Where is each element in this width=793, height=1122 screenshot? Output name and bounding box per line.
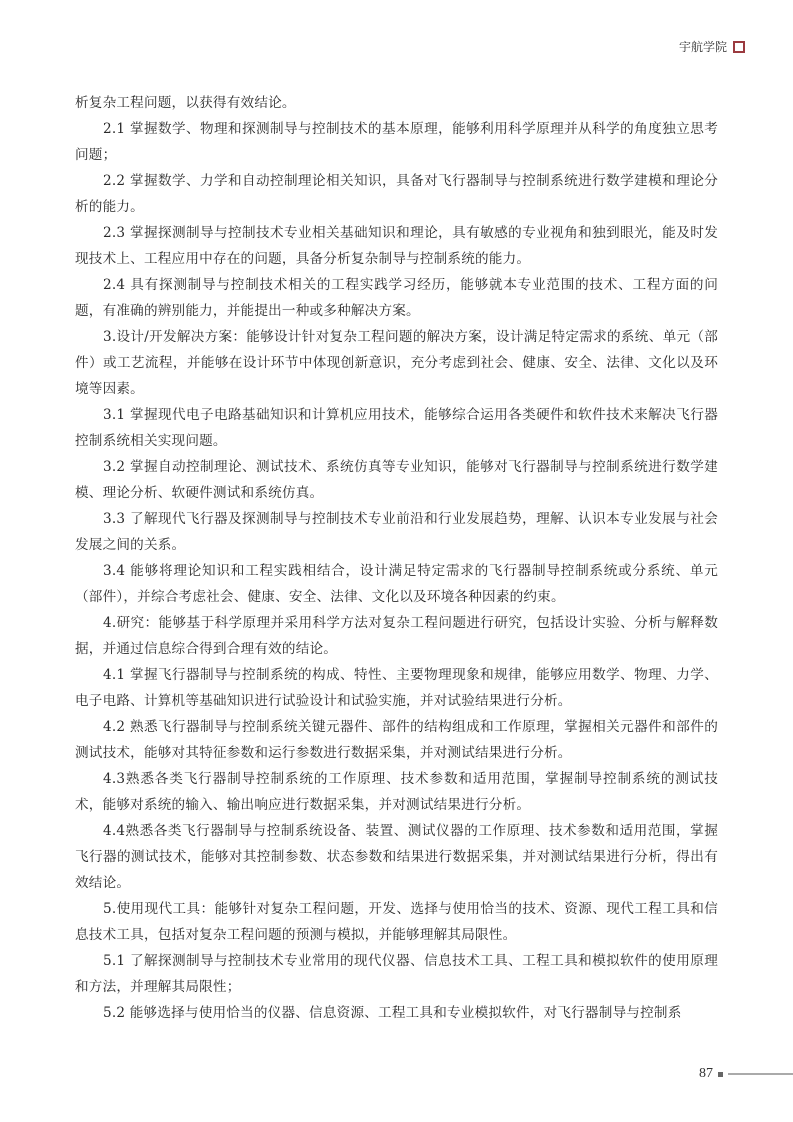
paragraph: 2.3 掌握探测制导与控制技术专业相关基础知识和理论，具有敏感的专业视角和独到眼… <box>75 220 718 272</box>
page-body: 析复杂工程问题，以获得有效结论。 2.1 掌握数学、物理和探测制导与控制技术的基… <box>75 90 718 1026</box>
paragraph: 4.4熟悉各类飞行器制导与控制系统设备、装置、测试仪器的工作原理、技术参数和适用… <box>75 818 718 896</box>
paragraph: 3.4 能够将理论知识和工程实践相结合，设计满足特定需求的飞行器制导控制系统或分… <box>75 558 718 610</box>
footer-rule <box>728 1073 793 1075</box>
paragraph: 4.研究：能够基于科学原理并采用科学方法对复杂工程问题进行研究，包括设计实验、分… <box>75 610 718 662</box>
paragraph: 2.2 掌握数学、力学和自动控制理论相关知识，具备对飞行器制导与控制系统进行数学… <box>75 168 718 220</box>
paragraph: 5.使用现代工具：能够针对复杂工程问题，开发、选择与使用恰当的技术、资源、现代工… <box>75 896 718 948</box>
page-number: 87 <box>699 1066 713 1082</box>
paragraph: 3.设计/开发解决方案：能够设计针对复杂工程问题的解决方案，设计满足特定需求的系… <box>75 324 718 402</box>
paragraph: 4.3熟悉各类飞行器制导控制系统的工作原理、技术参数和适用范围，掌握制导控制系统… <box>75 766 718 818</box>
page-footer: 87 <box>699 1066 793 1082</box>
header-title: 宇航学院 <box>679 38 727 55</box>
running-header: 宇航学院 <box>679 38 745 55</box>
paragraph: 4.1 掌握飞行器制导与控制系统的构成、特性、主要物理现象和规律，能够应用数学、… <box>75 662 718 714</box>
paragraph: 2.4 具有探测制导与控制技术相关的工程实践学习经历，能够就本专业范围的技术、工… <box>75 272 718 324</box>
paragraph: 5.2 能够选择与使用恰当的仪器、信息资源、工程工具和专业模拟软件，对飞行器制导… <box>75 1000 718 1026</box>
paragraph: 5.1 了解探测制导与控制技术专业常用的现代仪器、信息技术工具、工程工具和模拟软… <box>75 948 718 1000</box>
paragraph: 3.1 掌握现代电子电路基础知识和计算机应用技术，能够综合运用各类硬件和软件技术… <box>75 402 718 454</box>
footer-square-icon <box>718 1072 723 1077</box>
header-square-icon <box>733 41 745 53</box>
paragraph: 析复杂工程问题，以获得有效结论。 <box>75 90 718 116</box>
paragraph: 2.1 掌握数学、物理和探测制导与控制技术的基本原理，能够利用科学原理并从科学的… <box>75 116 718 168</box>
paragraph: 4.2 熟悉飞行器制导与控制系统关键元器件、部件的结构组成和工作原理，掌握相关元… <box>75 714 718 766</box>
paragraph: 3.3 了解现代飞行器及探测制导与控制技术专业前沿和行业发展趋势，理解、认识本专… <box>75 506 718 558</box>
paragraph: 3.2 掌握自动控制理论、测试技术、系统仿真等专业知识，能够对飞行器制导与控制系… <box>75 454 718 506</box>
